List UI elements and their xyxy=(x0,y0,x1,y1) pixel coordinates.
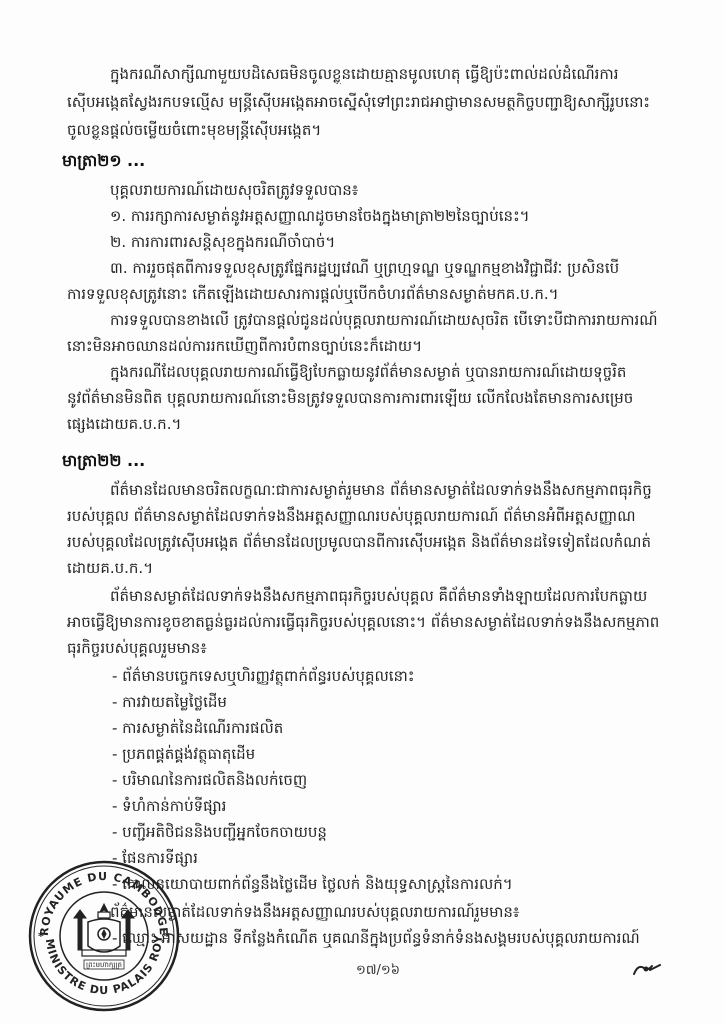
royal-seal-icon: ROYAUME DU CAMBODGE LE MINISTRE DU PALAI… xyxy=(28,860,180,1012)
article-22-para3-lead: ព័ត៌មានសម្ងាត់ដែលទាក់ទងនឹងអត្តសញ្ញាណរបស់… xyxy=(110,902,660,922)
bullet-item: - ប្រភពផ្គត់ផ្គង់វត្ថុធាតុដើម xyxy=(112,744,660,764)
bullet-item: - ការសម្ងាត់នៃដំណើរការផលិត xyxy=(112,718,660,738)
intro-line-3: ចូលខ្លួនផ្តល់ចម្លើយចំពោះមុខមន្ត្រីស៊ើបអង… xyxy=(67,120,661,140)
article-22-para2-line-2: អាចធ្វើឱ្យមានការខូចខាតធ្ងន់ធ្ងរដល់ការធ្វ… xyxy=(67,612,661,632)
bullet-item: - ផែនការទីផ្សារ xyxy=(112,848,660,868)
article-22-para2-line-3: ធុរកិច្ចរបស់បុគ្គលរួមមាន៖ xyxy=(67,638,661,658)
bullet-item: - គោលនយោបាយពាក់ព័ន្ធនឹងថ្លៃដើម ថ្លៃលក់ ន… xyxy=(112,874,660,894)
article-21-item-3: ៣. ការរួចផុតពីការទទួលខុសត្រូវផ្នែករដ្ឋប្… xyxy=(110,258,660,278)
page-number: ១៧/១៦ xyxy=(356,962,400,981)
article-22-heading: មាត្រា២២ ... xyxy=(62,450,145,472)
signature-initials-icon xyxy=(632,962,662,976)
article-21-lead: បុគ្គលរាយការណ៍ដោយសុចរិតត្រូវទទួលបាន៖ xyxy=(110,180,660,200)
article-22-para1-line-1: ព័ត៌មានដែលមានចរិតលក្ខណៈជាការសម្ងាត់រួមមា… xyxy=(110,480,660,500)
bullet-item: - បរិមាណនៃការផលិតនិងលក់ចេញ xyxy=(112,770,660,790)
bullet-item: - ទំហំកាន់កាប់ទីផ្សារ xyxy=(112,796,660,816)
article-21-heading: មាត្រា២១ ... xyxy=(62,150,145,172)
article-22-para1-line-3: របស់បុគ្គលដែលត្រូវស៊ើបអង្កេត ព័ត៌មានដែលប… xyxy=(67,532,661,552)
article-22-para1-line-2: របស់បុគ្គល ព័ត៌មានសម្ងាត់ដែលទាក់ទងនឹងអត្… xyxy=(67,506,661,526)
article-22-para2-line-1: ព័ត៌មានសម្ងាត់ដែលទាក់ទងនឹងសកម្មភាពធុរកិច… xyxy=(110,586,660,606)
article-21-para2-line-2: នោះមិនអាចឈានដល់ការរកឃើញពីការបំពានច្បាប់ន… xyxy=(67,336,661,356)
article-22-para1-line-4: ដោយគ.ប.ក.។ xyxy=(67,558,661,578)
article-21-item-1: ១. ការរក្សាការសម្ងាត់នូវអត្តសញ្ញាណដូចមាន… xyxy=(110,206,660,226)
article-21-para2-line-1: ការទទួលបានខាងលើ ត្រូវបានផ្តល់ជូនដល់បុគ្គ… xyxy=(110,310,660,330)
article-21-para3-line-3: ផ្សេងដោយគ.ប.ក.។ xyxy=(67,414,661,434)
article-21-item-2: ២. ការការពារសន្តិសុខក្នុងករណីចាំបាច់។ xyxy=(110,232,660,252)
article-22-para3-item: - ឈ្មោះ អាសយដ្ឋាន ទីកន្លែងកំណើត ឬគណនីក្ន… xyxy=(112,928,660,948)
document-page: ក្នុងករណីសាក្សីណាមួយបដិសេធមិនចូលខ្លួនដោយ… xyxy=(0,0,724,1023)
article-21-para3-line-2: នូវព័ត៌មានមិនពិត បុគ្គលរាយការណ៍នោះមិនត្រ… xyxy=(67,388,661,408)
intro-line-1: ក្នុងករណីសាក្សីណាមួយបដិសេធមិនចូលខ្លួនដោយ… xyxy=(110,64,660,84)
svg-text:*: * xyxy=(164,930,171,943)
svg-text:ព្រះមហាក្សត្រ: ព្រះមហាក្សត្រ xyxy=(86,961,122,969)
svg-text:*: * xyxy=(38,930,45,943)
intro-line-2: ស៊ើបអង្កេតស្វែងរកបទល្មើស មន្ត្រីស៊ើបអង្ក… xyxy=(67,92,661,112)
article-21-item-3-cont: ការទទួលខុសត្រូវនោះ កើតឡើងដោយសារការផ្តល់ឬ… xyxy=(67,284,661,304)
bullet-item: - បញ្ជីអតិថិជននិងបញ្ជីអ្នកចែកចាយបន្ត xyxy=(112,822,660,842)
article-21-para3-line-1: ក្នុងករណីដែលបុគ្គលរាយការណ៍ធ្វើឱ្យបែកធ្លា… xyxy=(110,362,660,382)
bullet-item: - ការវាយតម្លៃថ្លៃដើម xyxy=(112,692,660,712)
bullet-item: - ព័ត៌មានបច្ចេកទេសឬហិរញ្ញវត្ថុពាក់ព័ន្ធរ… xyxy=(112,666,660,686)
